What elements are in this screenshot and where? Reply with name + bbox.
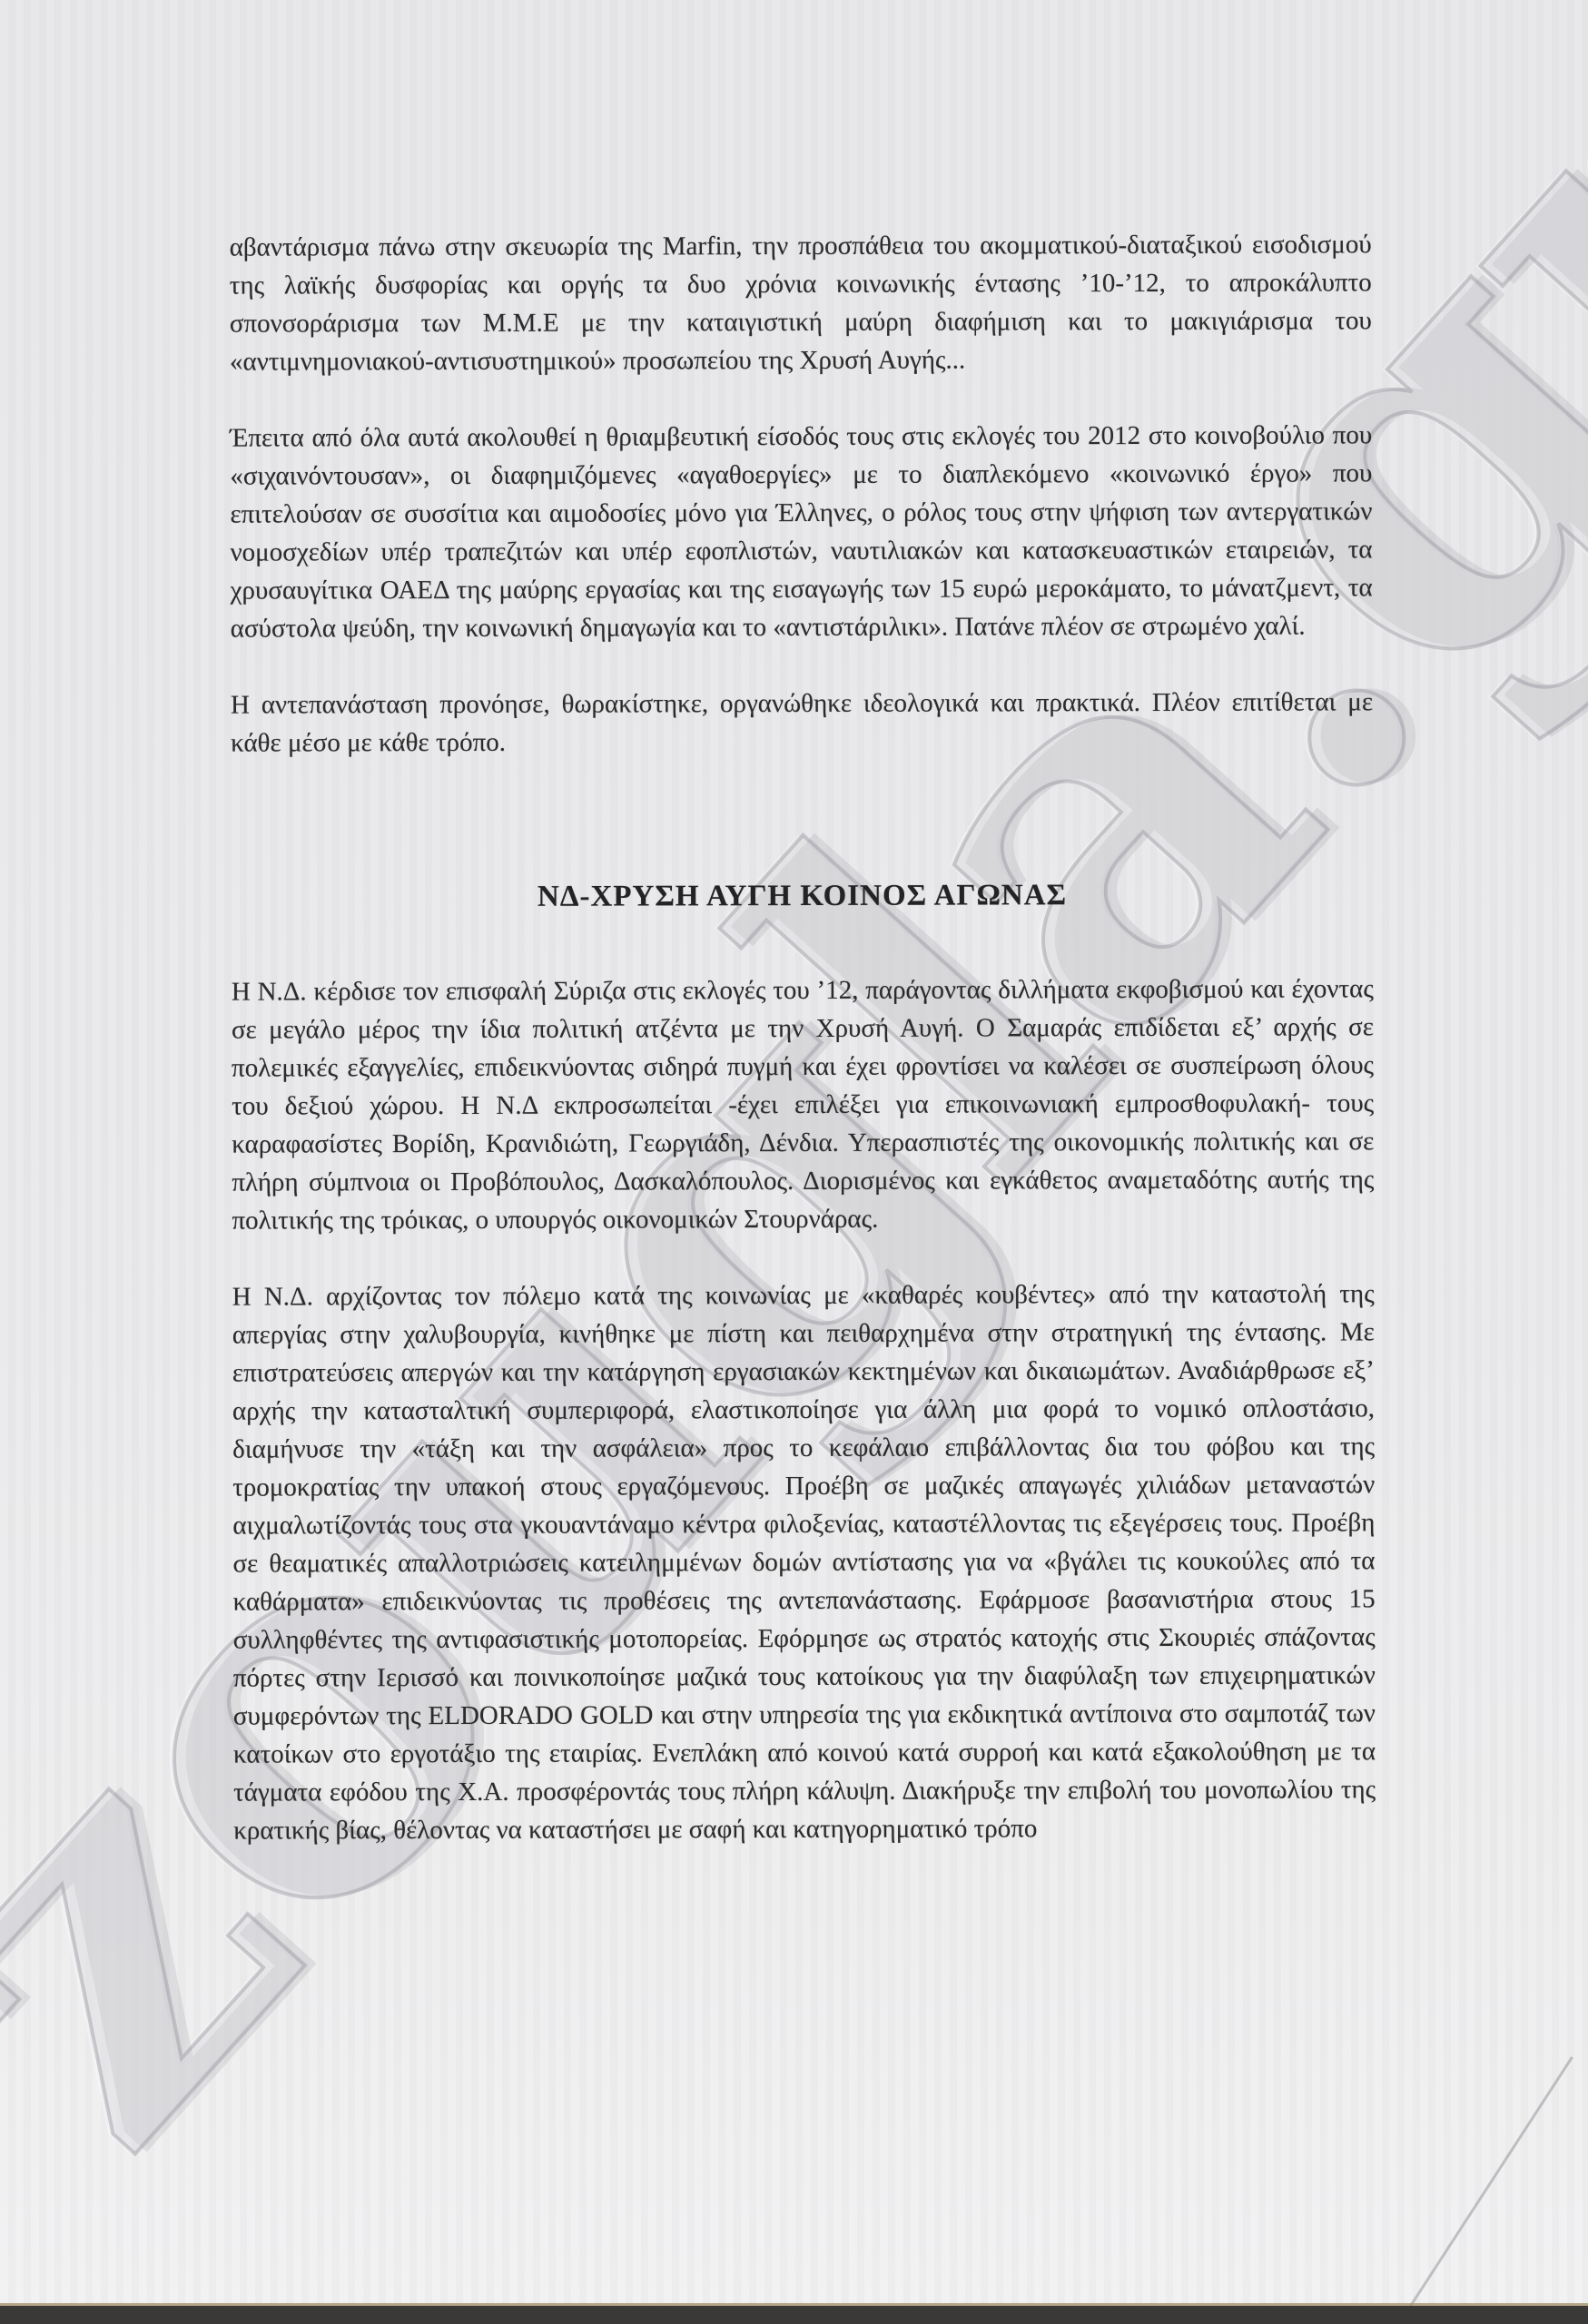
paragraph-elections-2012: Έπειτα από όλα αυτά ακολουθεί η θριαμβευ… — [230, 416, 1373, 647]
paragraph-marfin: αβαντάρισμα πάνω στην σκευωρία της Marfi… — [230, 225, 1372, 380]
paragraph-nd-syriza: Η Ν.Δ. κέρδισε τον επισφαλή Σύριζα στις … — [232, 970, 1375, 1239]
document-text-block: αβαντάρισμα πάνω στην σκευωρία της Marfi… — [230, 225, 1376, 1887]
scan-artifact-bottom-bar — [0, 2306, 1588, 2324]
paragraph-nd-war: Η Ν.Δ. αρχίζοντας τον πόλεμο κατά της κο… — [232, 1275, 1376, 1849]
section-heading: ΝΔ-ΧΡΥΣΗ ΑΥΓΗ ΚΟΙΝΟΣ ΑΓΩΝΑΣ — [231, 875, 1373, 916]
paragraph-antepanastasi: Η αντεπανάσταση προνόησε, θωρακίστηκε, ο… — [231, 683, 1373, 762]
scan-artifact-corner-line — [1403, 2056, 1573, 2317]
scanned-document-page: zougla.gr αβαντάρισμα πάνω στην σκευωρία… — [0, 0, 1588, 2324]
